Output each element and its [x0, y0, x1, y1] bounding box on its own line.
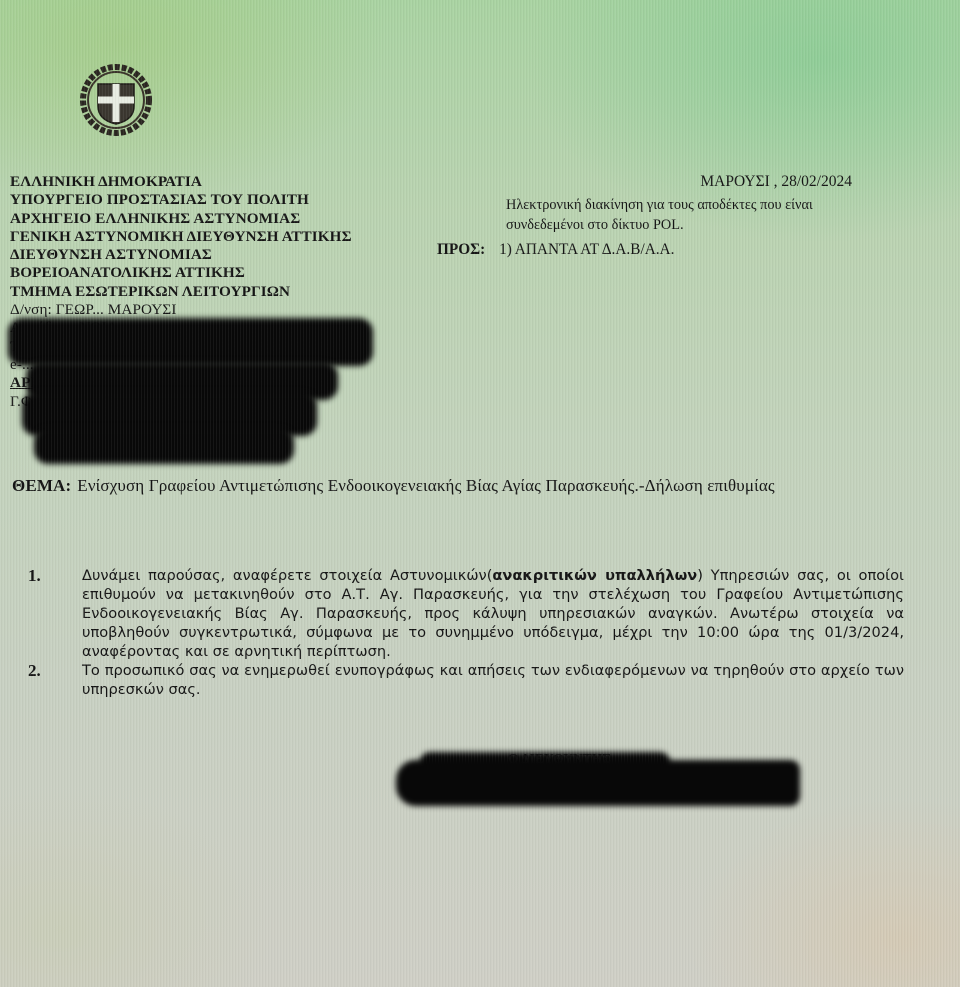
- recipient: ΠΡΟΣ: 1) ΑΠΑΝΤΑ ΑΤ Δ.Α.Β/Α.Α.: [437, 241, 674, 259]
- item-number: 2.: [28, 661, 82, 699]
- header-line: ΤΜΗΜΑ ΕΣΩΤΕΡΙΚΩΝ ΛΕΙΤΟΥΡΓΙΩΝ: [10, 283, 352, 301]
- header-line: ΓΕΝΙΚΗ ΑΣΤΥΝΟΜΙΚΗ ΔΙΕΥΘΥΝΣΗ ΑΤΤΙΚΗΣ: [10, 228, 352, 246]
- header-line: ΕΛΛΗΝΙΚΗ ΔΗΜΟΚΡΑΤΙΑ: [10, 173, 352, 191]
- redaction-mark: [8, 318, 373, 366]
- bold-emphasis: ανακριτικών υπαλλήλων: [492, 567, 697, 584]
- list-item: 2. Το προσωπικό σας να ενημερωθεί ενυπογ…: [28, 661, 918, 699]
- subject: ΘΕΜΑ:Ενίσχυση Γραφείου Αντιμετώπισης Ενδ…: [12, 472, 892, 500]
- redaction-mark: [34, 428, 294, 464]
- subject-label: ΘΕΜΑ:: [12, 476, 71, 495]
- header-line: ΥΠΟΥΡΓΕΙΟ ΠΡΟΣΤΑΣΙΑΣ ΤΟΥ ΠΟΛΙΤΗ: [10, 191, 352, 209]
- place-and-date: ΜΑΡΟΥΣΙ , 28/02/2024: [700, 173, 852, 191]
- item-number: 1.: [28, 566, 82, 661]
- header-line: ΑΡΧΗΓΕΙΟ ΕΛΛΗΝΙΚΗΣ ΑΣΤΥΝΟΜΙΑΣ: [10, 210, 352, 228]
- list-item: 1. Δυνάμει παρούσας, αναφέρετε στοιχεία …: [28, 566, 918, 661]
- recipient-label: ΠΡΟΣ:: [437, 241, 485, 258]
- item-text: Δυνάμει παρούσας, αναφέρετε στοιχεία Αστ…: [82, 566, 904, 661]
- header-line: ΒΟΡΕΙΟΑΝΑΤΟΛΙΚΗΣ ΑΤΤΙΚΗΣ: [10, 264, 352, 282]
- address-line: Δ/νση: ΓΕΩΡ... ΜΑΡΟΥΣΙ: [10, 301, 352, 319]
- subject-text: Ενίσχυση Γραφείου Αντιμετώπισης Ενδοοικο…: [77, 476, 775, 495]
- item-text: Το προσωπικό σας να ενημερωθεί ενυπογράφ…: [82, 661, 904, 699]
- greek-coat-of-arms-icon: [78, 62, 154, 138]
- redaction-mark: [396, 760, 800, 806]
- body-list: 1. Δυνάμει παρούσας, αναφέρετε στοιχεία …: [28, 566, 918, 699]
- header-line: ΔΙΕΥΘΥΝΣΗ ΑΣΤΥΝΟΜΙΑΣ: [10, 246, 352, 264]
- recipient-value: 1) ΑΠΑΝΤΑ ΑΤ Δ.Α.Β/Α.Α.: [499, 241, 674, 258]
- distribution-note: Ηλεκτρονική διακίνηση για τους αποδέκτες…: [506, 195, 866, 235]
